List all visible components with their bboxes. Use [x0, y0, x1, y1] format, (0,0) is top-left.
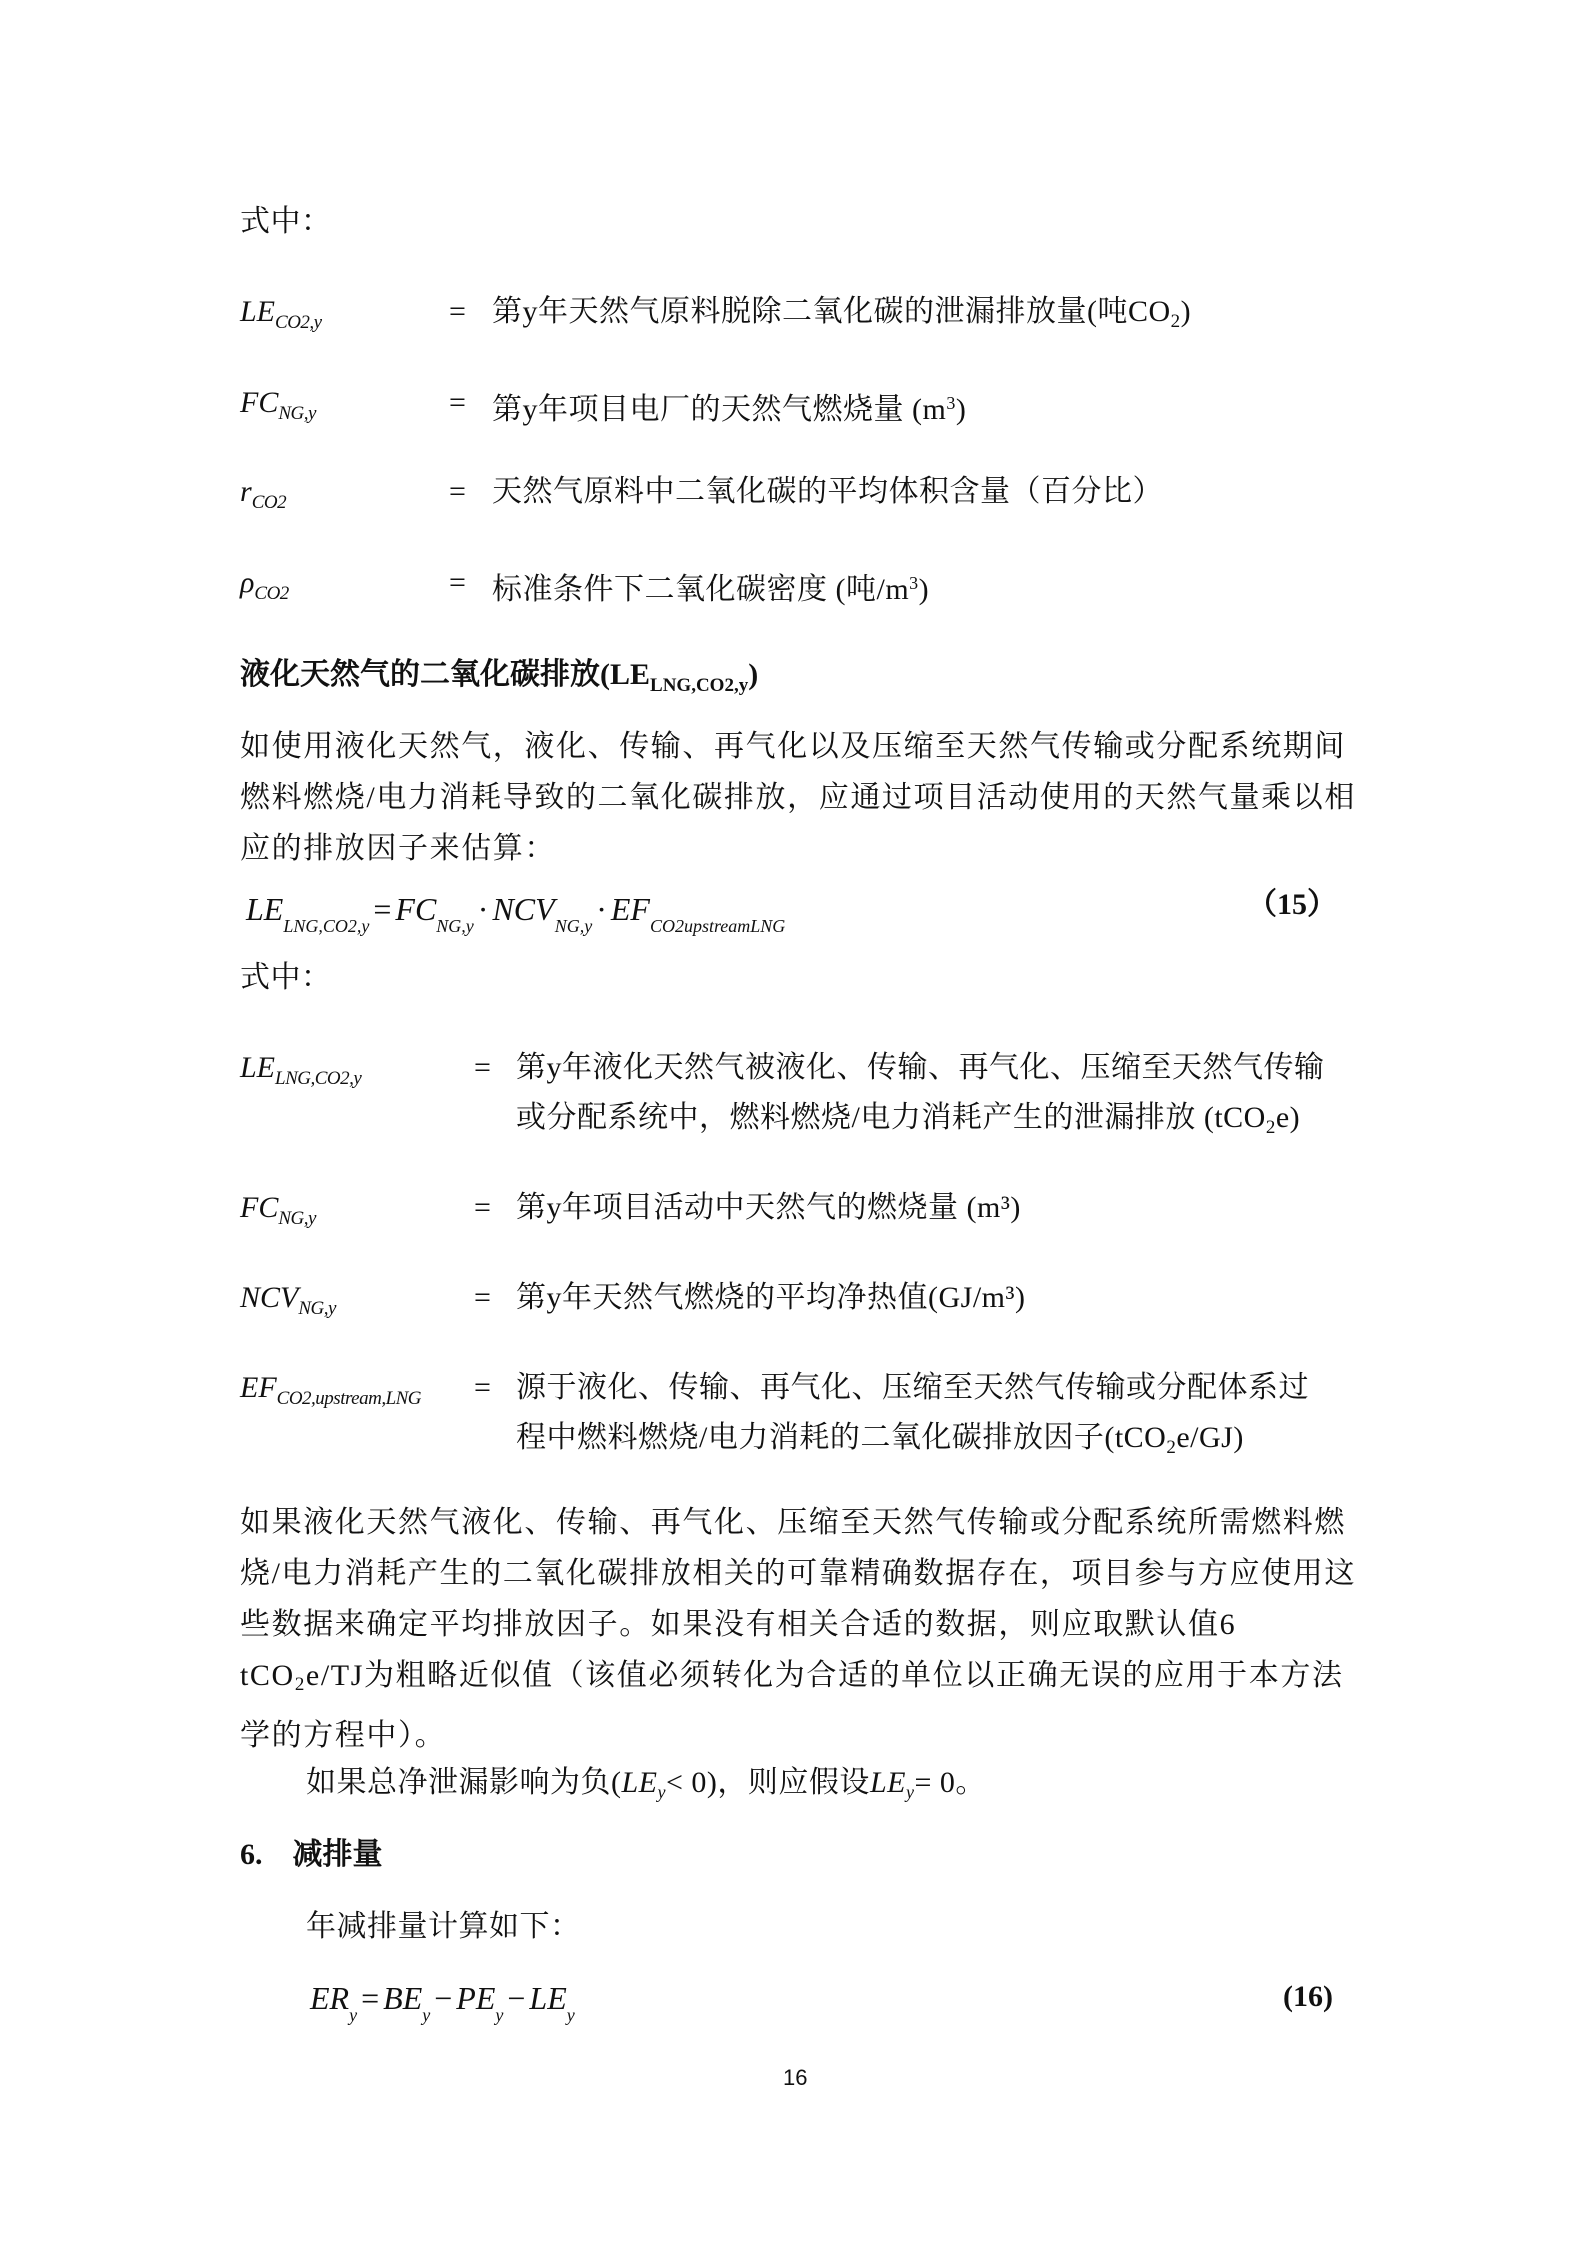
definition-text: 第y年天然气原料脱除二氧化碳的泄漏排放量(吨CO2) — [492, 297, 1191, 337]
equals-sign: = — [449, 388, 466, 418]
equals-sign: = — [449, 477, 466, 507]
definition-text: 第y年项目活动中天然气的燃烧量 (m³) — [516, 1193, 1021, 1223]
equation-number-15: （15） — [1247, 890, 1337, 920]
equals-sign: = — [474, 1373, 491, 1403]
page-number: 16 — [783, 2065, 807, 2091]
equation-number-16: (16) — [1283, 1982, 1333, 2012]
section-heading-6: 6.减排量 — [240, 1840, 383, 1870]
symbol: EFCO2,upstream,LNG — [240, 1373, 421, 1414]
section-heading-lng: 液化天然气的二氧化碳排放(LELNG,CO2,y) — [240, 660, 758, 701]
equals-sign: = — [449, 568, 466, 598]
negative-leakage-note: 如果总净泄漏影响为负(LEy< 0)，则应假设LEy= 0。 — [306, 1768, 986, 1807]
definition-text-line2: 程中燃料燃烧/电力消耗的二氧化碳排放因子(tCO2e/GJ) — [516, 1423, 1244, 1463]
where-label: 式中： — [240, 207, 332, 237]
definition-text: 标准条件下二氧化碳密度 (吨/m3) — [492, 568, 929, 605]
symbol: LECO2,y — [240, 297, 322, 338]
equals-sign: = — [449, 297, 466, 327]
symbol: NCVNG,y — [240, 1283, 336, 1324]
where-label: 式中： — [240, 963, 332, 993]
equals-sign: = — [474, 1283, 491, 1313]
equals-sign: = — [474, 1053, 491, 1083]
definition-text-line1: 源于液化、传输、再气化、压缩至天然气传输或分配体系过 — [516, 1373, 1309, 1403]
definition-text: 第y年项目电厂的天然气燃烧量 (m3) — [492, 388, 966, 425]
definition-text: 天然气原料中二氧化碳的平均体积含量（百分比） — [492, 477, 1163, 507]
paragraph-lng-intro: 如使用液化天然气，液化、传输、再气化以及压缩至天然气传输或分配系统期间燃料燃烧/… — [240, 721, 1360, 874]
symbol: FCNG,y — [240, 1193, 316, 1234]
paragraph-default-value: 如果液化天然气液化、传输、再气化、压缩至天然气传输或分配系统所需燃料燃烧/电力消… — [240, 1497, 1360, 1761]
formula-16: ERy=BEy−PEy−LEy — [310, 1982, 575, 2031]
section-number: 6. — [240, 1838, 263, 1871]
symbol: FCNG,y — [240, 388, 316, 429]
definition-text-line2: 或分配系统中，燃料燃烧/电力消耗产生的泄漏排放 (tCO2e) — [516, 1103, 1300, 1143]
section-6-intro: 年减排量计算如下： — [306, 1912, 581, 1942]
equals-sign: = — [474, 1193, 491, 1223]
symbol: LELNG,CO2,y — [240, 1053, 361, 1094]
symbol: ρCO2 — [240, 568, 289, 609]
formula-15: LELNG,CO2,y=FCNG,y·NCVNG,y·EFCO2upstream… — [246, 893, 785, 942]
definition-text-line1: 第y年液化天然气被液化、传输、再气化、压缩至天然气传输 — [516, 1053, 1325, 1083]
symbol: rCO2 — [240, 477, 286, 518]
section-title: 减排量 — [293, 1838, 383, 1871]
definition-text: 第y年天然气燃烧的平均净热值(GJ/m³) — [516, 1283, 1025, 1313]
